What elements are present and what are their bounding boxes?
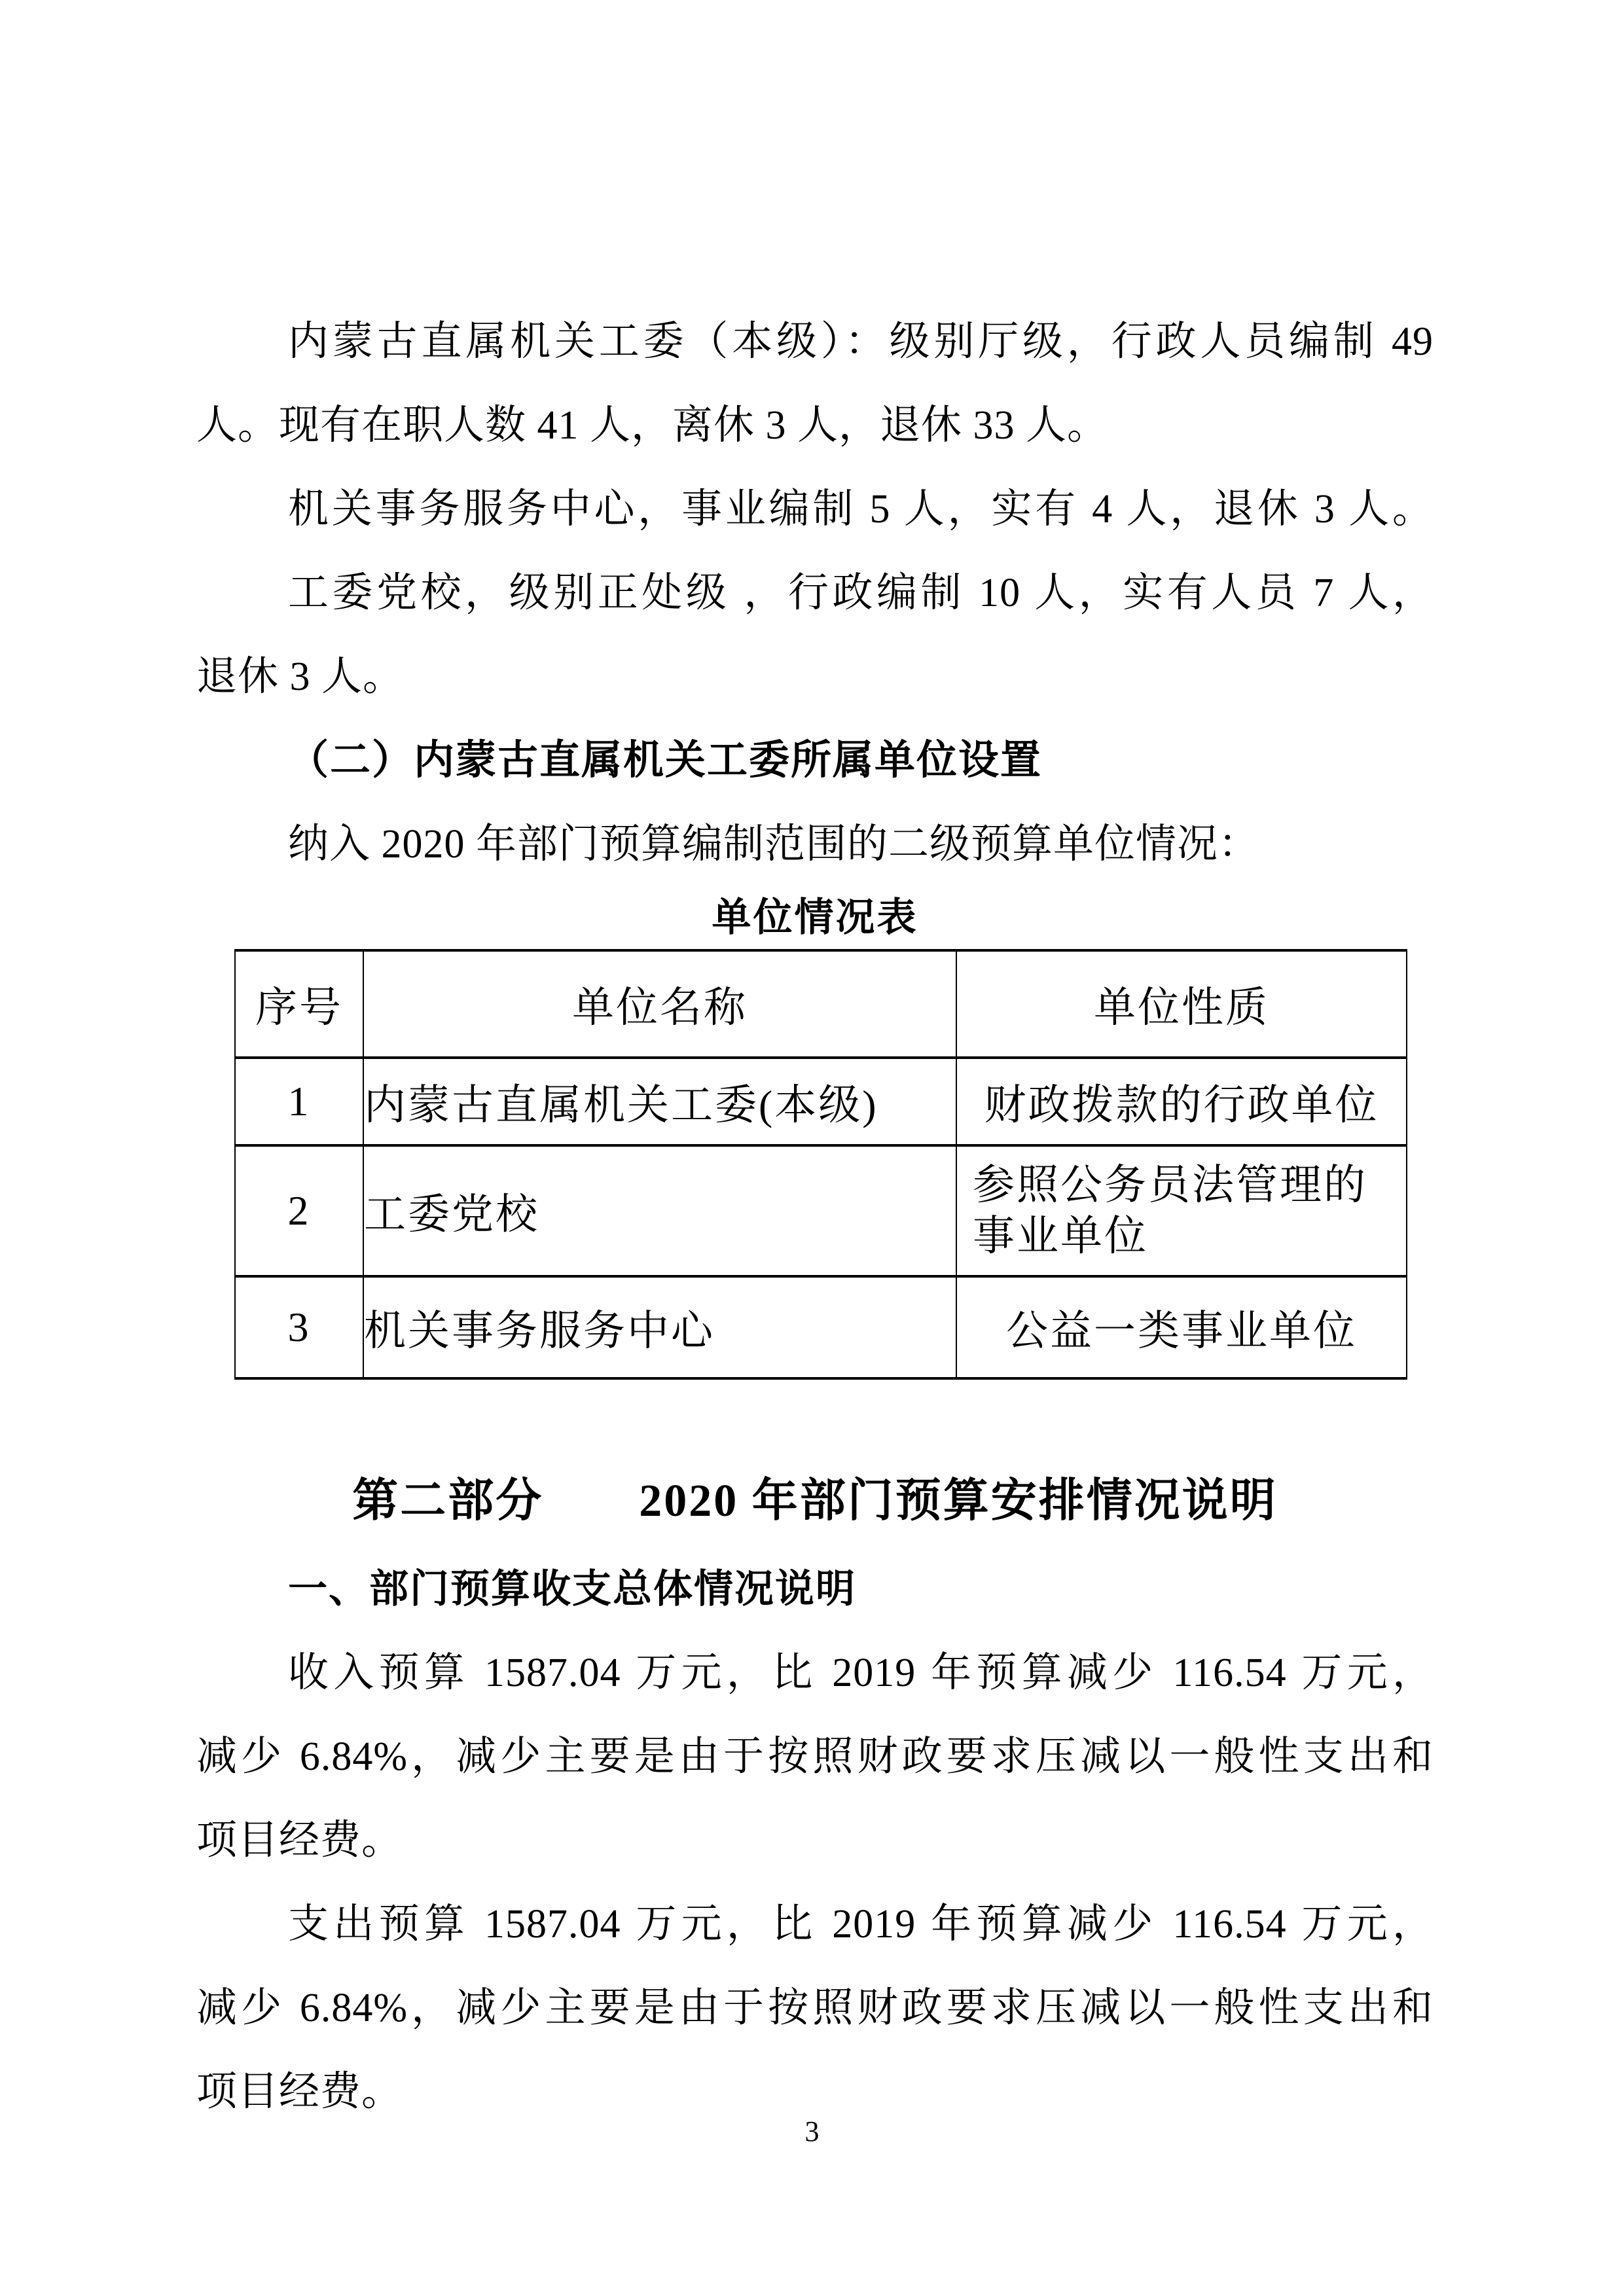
units-table: 序号 单位名称 单位性质 1 内蒙古直属机关工委(本级) 财政拨款的行政单位 2…	[234, 949, 1407, 1380]
cell-no: 1	[235, 1058, 363, 1145]
cell-nature: 财政拨款的行政单位	[956, 1058, 1407, 1145]
cell-nature: 参照公务员法管理的事业单位	[956, 1145, 1407, 1276]
paragraph-line: 内蒙古直属机关工委（本级）：级别厅级，行政人员编制 49	[196, 300, 1434, 384]
cell-no: 2	[235, 1145, 363, 1276]
table-title: 单位情况表	[196, 886, 1434, 949]
table-row: 1 内蒙古直属机关工委(本级) 财政拨款的行政单位	[235, 1058, 1407, 1145]
paragraph-line: 纳入 2020 年部门预算编制范围的二级预算单位情况：	[196, 802, 1434, 886]
paragraph-line: 支出预算 1587.04 万元，比 2019 年预算减少 116.54 万元，	[196, 1882, 1434, 1966]
cell-name: 内蒙古直属机关工委(本级)	[363, 1058, 956, 1145]
header-cell-nature: 单位性质	[956, 950, 1407, 1058]
paragraph-line: 收入预算 1587.04 万元，比 2019 年预算减少 116.54 万元，	[196, 1631, 1434, 1715]
paragraph-line: 减少 6.84%，减少主要是由于按照财政要求压减以一般性支出和	[196, 1715, 1434, 1799]
page-content: 内蒙古直属机关工委（本级）：级别厅级，行政人员编制 49 人。现有在职人数 41…	[196, 300, 1434, 2134]
paragraph-line: 减少 6.84%，减少主要是由于按照财政要求压减以一般性支出和	[196, 1966, 1434, 2050]
table-row: 2 工委党校 参照公务员法管理的事业单位	[235, 1145, 1407, 1276]
document-page: 内蒙古直属机关工委（本级）：级别厅级，行政人员编制 49 人。现有在职人数 41…	[0, 0, 1624, 2296]
part2-subheading: 一、部门预算收支总体情况说明	[196, 1547, 1434, 1631]
cell-no: 3	[235, 1276, 363, 1378]
header-cell-no: 序号	[235, 950, 363, 1058]
table-row: 3 机关事务服务中心 公益一类事业单位	[235, 1276, 1407, 1378]
paragraph-line: 项目经费。	[196, 1799, 1434, 1882]
paragraph-line: 退休 3 人。	[196, 635, 1434, 719]
header-cell-name: 单位名称	[363, 950, 956, 1058]
cell-name: 工委党校	[363, 1145, 956, 1276]
subsection-heading: （二）内蒙古直属机关工委所属单位设置	[196, 719, 1434, 802]
part2-heading: 第二部分 2020 年部门预算安排情况说明	[196, 1456, 1434, 1547]
page-number: 3	[0, 2117, 1624, 2146]
table-header-row: 序号 单位名称 单位性质	[235, 950, 1407, 1058]
paragraph-line: 工委党校，级别正处级 ，行政编制 10 人，实有人员 7 人，	[196, 551, 1434, 635]
cell-name: 机关事务服务中心	[363, 1276, 956, 1378]
paragraph-line: 人。现有在职人数 41 人，离休 3 人，退休 33 人。	[196, 384, 1434, 467]
paragraph-line: 机关事务服务中心，事业编制 5 人，实有 4 人，退休 3 人。	[196, 467, 1434, 551]
cell-nature: 公益一类事业单位	[956, 1276, 1407, 1378]
